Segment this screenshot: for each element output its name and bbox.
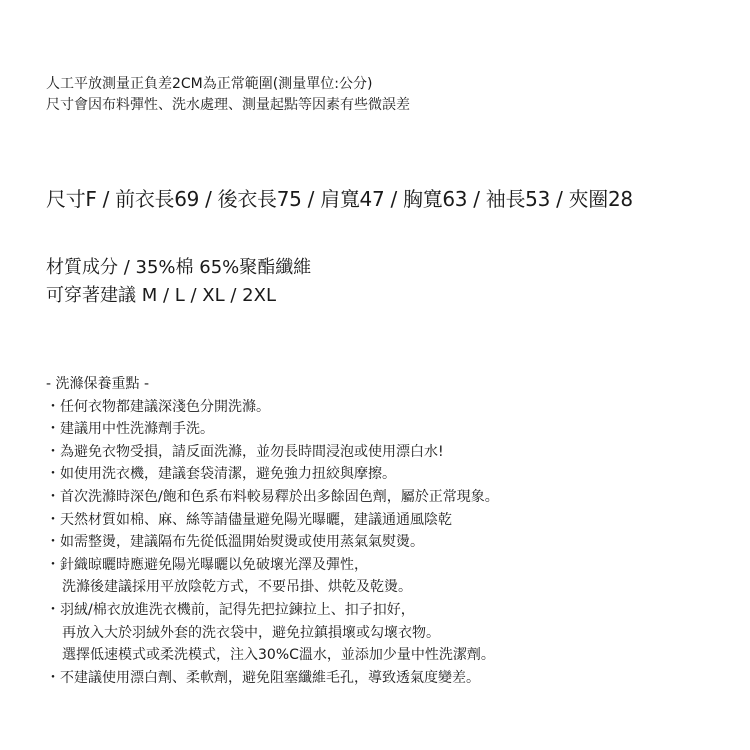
care-item: 再放入大於羽絨外套的洗衣袋中，避免拉鎮損壞或勾壞衣物。 [46, 622, 499, 645]
bullet-dot-icon: ・ [46, 441, 60, 464]
care-item: ・羽絨/棉衣放進洗衣機前，記得先把拉鍊拉上、扣子扣好， [46, 599, 499, 622]
care-item: 洗滌後建議採用平放陰乾方式，不要吊掛、烘乾及乾燙。 [46, 576, 499, 599]
care-item: ・針織晾曬時應避免陽光曝曬以免破壞光澤及彈性， [46, 554, 499, 577]
care-item-text: 建議用中性洗滌劑手洗。 [60, 421, 214, 437]
care-title: - 洗滌保養重點 - [46, 373, 499, 396]
care-item: ・首次洗滌時深色/飽和色系布料較易釋於出多餘固色劑，屬於正常現象。 [46, 486, 499, 509]
care-item: ・如使用洗衣機，建議套袋清潔，避免強力扭絞與摩擦。 [46, 463, 499, 486]
measurement-note: 人工平放測量正負差2CM為正常範圍(測量單位:公分) 尺寸會因布料彈性、洗水處理… [46, 74, 410, 116]
care-item-text: 任何衣物都建議深淺色分開洗滌。 [60, 399, 270, 415]
material-composition: 材質成分 / 35%棉 65%聚酯纖維 [46, 254, 311, 282]
care-item-text: 天然材質如棉、麻、絲等請儘量避免陽光曝曬，建議通通風陰乾 [60, 512, 452, 528]
care-item-text: 選擇低速模式或柔洗模式，注入30%C溫水，並添加少量中性洗潔劑。 [62, 647, 495, 663]
bullet-dot-icon: ・ [46, 554, 60, 577]
measurement-note-line: 尺寸會因布料彈性、洗水處理、測量起點等因素有些微誤差 [46, 95, 410, 116]
recommended-sizes: 可穿著建議 M / L / XL / 2XL [46, 282, 311, 310]
bullet-dot-icon: ・ [46, 463, 60, 486]
care-item-text: 洗滌後建議採用平放陰乾方式，不要吊掛、烘乾及乾燙。 [62, 579, 412, 595]
care-item: ・不建議使用漂白劑、柔軟劑，避免阻塞纖維毛孔，導致透氣度變差。 [46, 667, 499, 690]
bullet-dot-icon: ・ [46, 531, 60, 554]
bullet-dot-icon: ・ [46, 486, 60, 509]
care-item: ・如需整燙，建議隔布先從低溫開始熨燙或使用蒸氣氣熨燙。 [46, 531, 499, 554]
care-item-text: 針織晾曬時應避免陽光曝曬以免破壞光澤及彈性， [60, 557, 368, 573]
care-item-text: 首次洗滌時深色/飽和色系布料較易釋於出多餘固色劑，屬於正常現象。 [60, 489, 499, 505]
care-item: ・為避免衣物受損，請反面洗滌，並勿長時間浸泡或使用漂白水! [46, 441, 499, 464]
care-item: ・建議用中性洗滌劑手洗。 [46, 418, 499, 441]
care-item-text: 羽絨/棉衣放進洗衣機前，記得先把拉鍊拉上、扣子扣好， [60, 602, 415, 618]
measurement-note-line: 人工平放測量正負差2CM為正常範圍(測量單位:公分) [46, 74, 410, 95]
care-item-text: 不建議使用漂白劑、柔軟劑，避免阻塞纖維毛孔，導致透氣度變差。 [60, 670, 480, 686]
care-item-text: 再放入大於羽絨外套的洗衣袋中，避免拉鎮損壞或勾壞衣物。 [62, 625, 440, 641]
size-spec: 尺寸F / 前衣長69 / 後衣長75 / 肩寬47 / 胸寬63 / 袖長53… [46, 185, 633, 213]
bullet-dot-icon: ・ [46, 418, 60, 441]
bullet-dot-icon: ・ [46, 667, 60, 690]
care-list: ・任何衣物都建議深淺色分開洗滌。・建議用中性洗滌劑手洗。・為避免衣物受損，請反面… [46, 396, 499, 690]
care-item-text: 為避免衣物受損，請反面洗滌，並勿長時間浸泡或使用漂白水! [60, 444, 444, 460]
care-item: ・任何衣物都建議深淺色分開洗滌。 [46, 396, 499, 419]
care-item: 選擇低速模式或柔洗模式，注入30%C溫水，並添加少量中性洗潔劑。 [46, 644, 499, 667]
care-item: ・天然材質如棉、麻、絲等請儘量避免陽光曝曬，建議通通風陰乾 [46, 509, 499, 532]
bullet-dot-icon: ・ [46, 509, 60, 532]
care-item-text: 如使用洗衣機，建議套袋清潔，避免強力扭絞與摩擦。 [60, 466, 396, 482]
care-instructions: - 洗滌保養重點 - ・任何衣物都建議深淺色分開洗滌。・建議用中性洗滌劑手洗。・… [46, 373, 499, 689]
care-item-text: 如需整燙，建議隔布先從低溫開始熨燙或使用蒸氣氣熨燙。 [60, 534, 424, 550]
bullet-dot-icon: ・ [46, 599, 60, 622]
material-info: 材質成分 / 35%棉 65%聚酯纖維 可穿著建議 M / L / XL / 2… [46, 254, 311, 310]
bullet-dot-icon: ・ [46, 396, 60, 419]
